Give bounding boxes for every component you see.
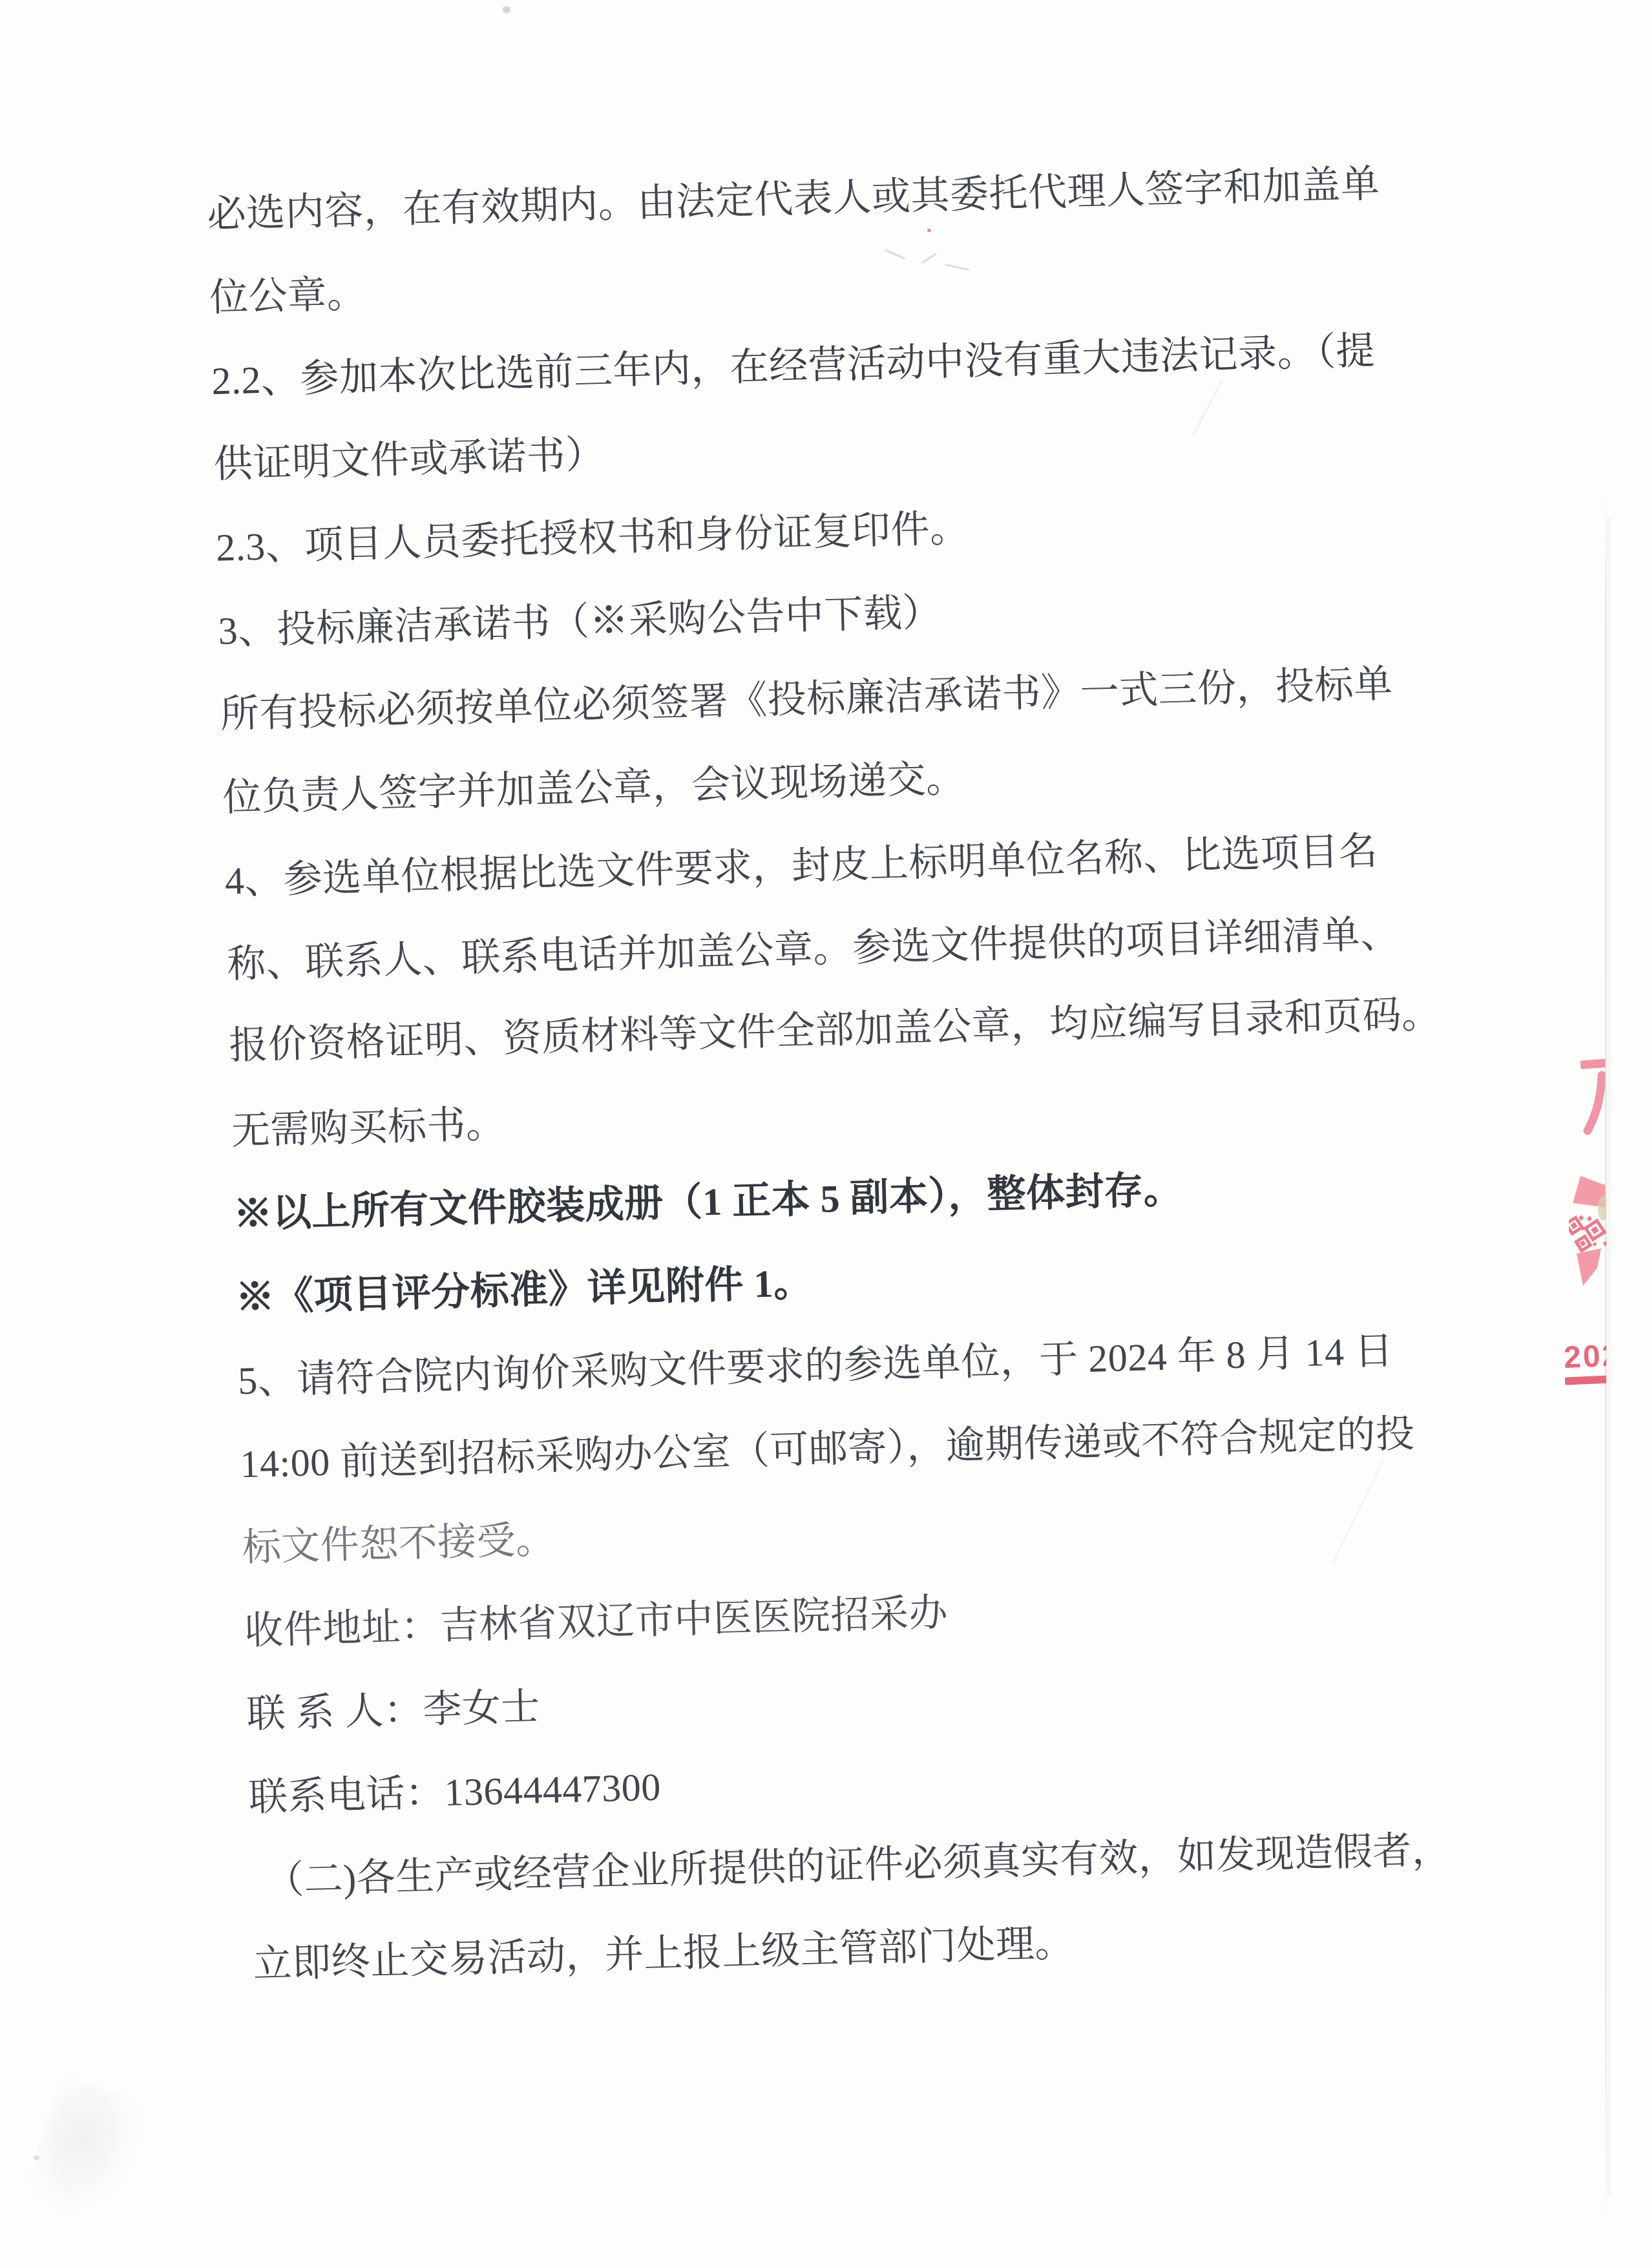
- scanned-document-page: 必选内容，在有效期内。由法定代表人或其委托代理人签字和加盖单 位公章。 2.2、…: [0, 0, 1649, 2268]
- document-body: 必选内容，在有效期内。由法定代表人或其委托代理人签字和加盖单 位公章。 2.2、…: [206, 142, 1469, 2006]
- stamp-date-underline: [1565, 1375, 1606, 1385]
- page-fold-shadow: [1606, 517, 1612, 2197]
- qr-code-seal-fragment: [1569, 1171, 1606, 1290]
- red-stamp-partial-character: [1577, 1053, 1605, 1137]
- red-stamp-date-fragment: 202: [1564, 1336, 1606, 1398]
- stamp-date-digits: 202: [1564, 1338, 1606, 1376]
- scanner-speck: [503, 6, 510, 13]
- document-tilt-wrapper: 必选内容，在有效期内。由法定代表人或其委托代理人签字和加盖单 位公章。 2.2、…: [0, 0, 1649, 2268]
- corner-smudge-dot: [34, 2156, 39, 2160]
- stamp-stroke-bar: [1581, 1058, 1605, 1069]
- red-ink-speck: [927, 229, 931, 232]
